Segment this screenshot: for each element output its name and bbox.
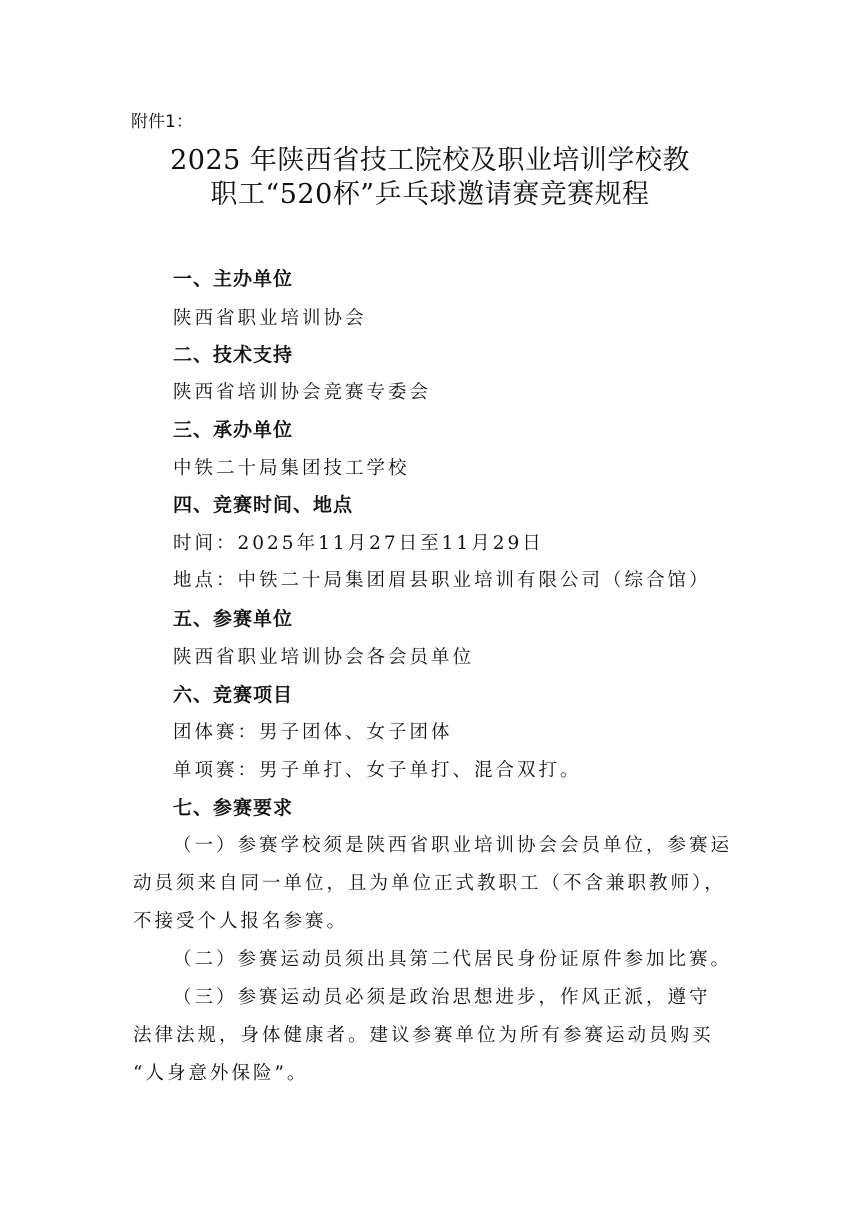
section-heading-participants: 五、参赛单位 (173, 604, 293, 631)
section-content-host: 中铁二十局集团技工学校 (173, 454, 410, 480)
section-heading-tech-support: 二、技术支持 (173, 340, 293, 367)
document-title-line2: 职工“520杯”乒乓球邀请赛竞赛规程 (0, 178, 860, 212)
section-content-individual-events: 单项赛：男子单打、女子单打、混合双打。 (173, 756, 582, 782)
document-title-line1: 2025 年陕西省技工院校及职业培训学校教 (0, 144, 860, 178)
requirement-2-line1: （二）参赛运动员须出具第二代居民身份证原件参加比赛。 (173, 945, 732, 971)
section-heading-requirements: 七、参赛要求 (173, 793, 293, 820)
section-content-time: 时间：2025年11月27日至11月29日 (173, 529, 544, 555)
section-heading-organizer: 一、主办单位 (173, 264, 293, 291)
section-content-participants: 陕西省职业培训协会各会员单位 (173, 643, 474, 669)
requirement-3-line3: “人身意外保险”。 (133, 1059, 308, 1085)
requirement-1-line3: 不接受个人报名参赛。 (133, 907, 348, 933)
requirement-3-line1: （三）参赛运动员必须是政治思想进步，作风正派，遵守 (173, 983, 711, 1009)
requirement-3-line2: 法律法规，身体健康者。建议参赛单位为所有参赛运动员购买 (133, 1021, 714, 1047)
attachment-label: 附件1： (131, 107, 193, 132)
section-heading-events: 六、竞赛项目 (173, 680, 293, 707)
section-heading-host: 三、承办单位 (173, 415, 293, 442)
section-content-organizer: 陕西省职业培训协会 (173, 304, 367, 330)
section-heading-time-place: 四、竞赛时间、地点 (173, 490, 353, 517)
requirement-1-line2: 动员须来自同一单位，且为单位正式教职工（不含兼职教师）， (133, 869, 726, 895)
section-content-place: 地点：中铁二十局集团眉县职业培训有限公司（综合馆） (173, 566, 711, 592)
document-page: 附件1： 2025 年陕西省技工院校及职业培训学校教 职工“520杯”乒乓球邀请… (0, 0, 860, 1216)
requirement-1-line1: （一）参赛学校须是陕西省职业培训协会会员单位，参赛运 (173, 831, 732, 857)
section-content-tech-support: 陕西省培训协会竞赛专委会 (173, 378, 431, 404)
section-content-team-events: 团体赛：男子团体、女子团体 (173, 718, 453, 744)
